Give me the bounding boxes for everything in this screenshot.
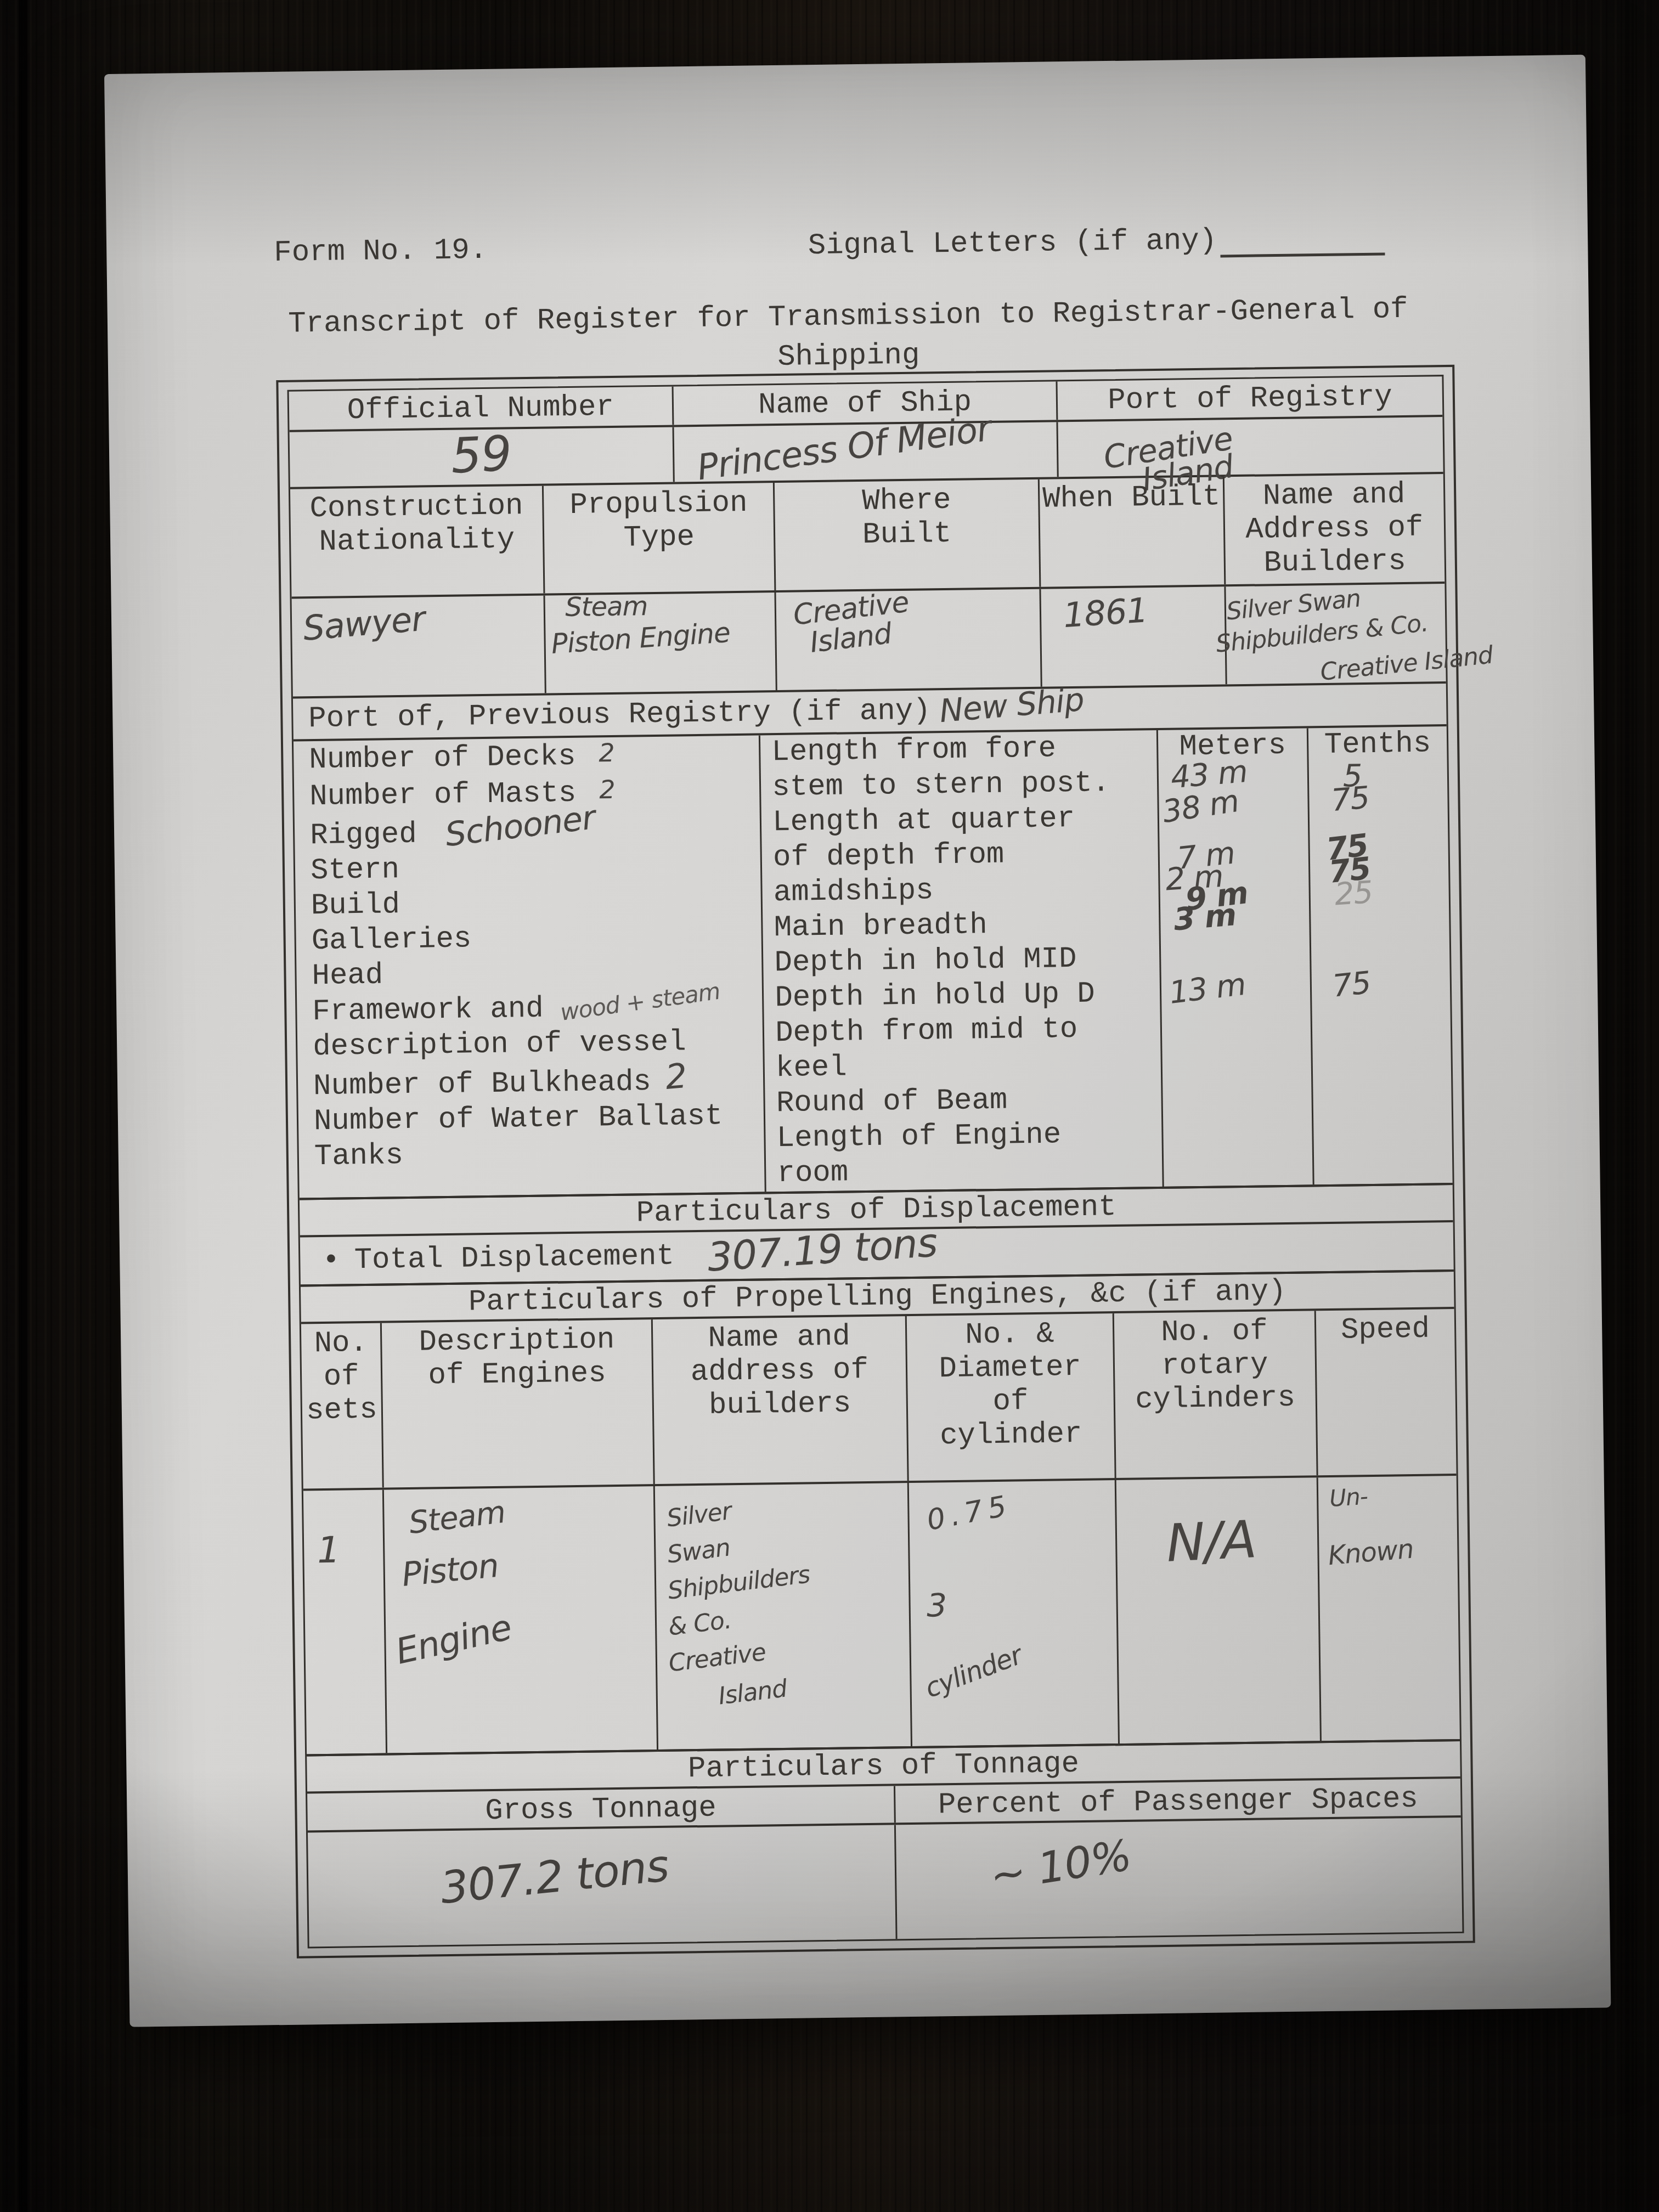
dim-label: Number of Bulkheads xyxy=(313,1065,651,1103)
dimensions-row: Number of Decks2 Number of Masts2 Rigged… xyxy=(294,726,1453,1200)
measure-line: Depth in hold Up D xyxy=(775,976,1160,1016)
measure-line: Length at quarter xyxy=(772,800,1158,840)
tenths-value: 75 xyxy=(1330,780,1370,819)
bulkheads-value: 2 xyxy=(664,1058,688,1095)
construction-nationality-cell: Sawyer xyxy=(292,596,547,697)
propulsion-type-header: Propulsion Type xyxy=(544,483,776,593)
engine-cylinder-cell: 0.75 3 cylinder xyxy=(909,1480,1120,1746)
rotary-cylinders-value: N/A xyxy=(1165,1510,1257,1574)
tonnage-value-row: 307.2 tons ~ 10% xyxy=(308,1818,1463,1946)
dim-label: Build xyxy=(311,888,400,923)
builders-cell: Silver Swan Shipbuilders & Co. Creative … xyxy=(1226,584,1446,684)
engine-sets-header: No. of sets xyxy=(301,1323,384,1489)
wood-plank-seam-left xyxy=(19,0,27,2212)
engine-speed-header: Speed xyxy=(1316,1309,1456,1475)
engines-header-row: No. of sets Description of Engines Name … xyxy=(301,1309,1457,1491)
speed-value-line2: Known xyxy=(1327,1530,1458,1571)
name-of-ship-header: Name of Ship xyxy=(673,381,1058,425)
tenths-value-faint: 25 xyxy=(1333,874,1373,912)
when-built-header: When Built xyxy=(1040,477,1226,586)
engine-speed-cell: Un- Known xyxy=(1318,1476,1459,1741)
gross-tonnage-cell: 307.2 tons xyxy=(308,1825,898,1946)
paper-document: Form No. 19. Signal Letters (if any) Tra… xyxy=(104,55,1611,2027)
measure-line: stem to stern post. xyxy=(772,765,1158,805)
register-table-frame: Official Number Name of Ship Port of Reg… xyxy=(276,365,1475,1959)
dim-label: Framework and xyxy=(312,992,544,1029)
wood-plank-seam-right xyxy=(1625,0,1634,2212)
name-of-ship-cell: Princess Of Meior xyxy=(674,422,1059,482)
signal-letters: Signal Letters (if any) xyxy=(808,222,1385,263)
engine-cylinder-header: No. & Diameter of cylinder xyxy=(906,1313,1116,1481)
when-built-value: 1861 xyxy=(1062,590,1149,635)
measure-line: of depth from xyxy=(773,836,1159,876)
engine-rotary-cell: N/A xyxy=(1116,1477,1322,1743)
photo-of-shipping-register-form: { "photo": { "paper_color": "#d3d2d0", "… xyxy=(0,0,1659,2212)
form-number: Form No. 19. xyxy=(274,234,488,270)
meters-value: 3 m xyxy=(1172,897,1238,938)
passenger-spaces-header: Percent of Passenger Spaces xyxy=(895,1779,1461,1822)
gross-tonnage-value: 307.2 tons xyxy=(438,1840,670,1914)
hull-particulars-cell: Number of Decks2 Number of Masts2 Rigged… xyxy=(294,735,766,1198)
signal-letters-label: Signal Letters (if any) xyxy=(808,224,1217,263)
engine-builders-header: Name and address of builders xyxy=(653,1316,909,1484)
where-built-cell: Creative Island xyxy=(776,589,1042,690)
engine-sets-value: 1 xyxy=(317,1529,340,1572)
tenths-column: Tenths 5 75 75 75 25 75 xyxy=(1308,726,1453,1184)
construction-nationality-value: Sawyer xyxy=(302,599,427,648)
meters-column: Meters 43 m 38 m 7 m 2 m 9 m 3 m 13 m xyxy=(1158,728,1314,1187)
when-built-cell: 1861 xyxy=(1041,586,1227,686)
engine-description-header: Description of Engines xyxy=(382,1319,655,1487)
propulsion-type-cell: Steam Piston Engine xyxy=(545,592,777,693)
signal-letters-blank-line xyxy=(1220,247,1385,257)
tenths-value: 75 xyxy=(1331,965,1372,1005)
where-built-header: Where Built xyxy=(775,479,1041,590)
measure-line: Length of Engine xyxy=(776,1116,1162,1156)
measure-line: keel xyxy=(776,1046,1161,1086)
measure-line: Round of Beam xyxy=(776,1081,1162,1121)
form-meta-row: Form No. 19. Signal Letters (if any) xyxy=(274,222,1385,270)
measure-line: amidships xyxy=(774,871,1159,911)
dim-label: Stern xyxy=(311,853,400,888)
measurement-labels-cell: Length from fore stem to stern post. Len… xyxy=(760,730,1164,1192)
measure-line: room xyxy=(777,1152,1163,1192)
measure-line: Depth in hold MID xyxy=(774,941,1160,981)
engines-value-row: 1 Steam Piston Engine Silver Swan Shipbu… xyxy=(303,1476,1460,1756)
passenger-spaces-value: ~ 10% xyxy=(987,1831,1135,1901)
construction-nationality-header: Construction Nationality xyxy=(290,486,545,597)
dim-label: Tanks xyxy=(314,1139,403,1173)
register-table: Official Number Name of Ship Port of Reg… xyxy=(287,375,1464,1948)
port-of-registry-cell: Creative Island xyxy=(1058,417,1443,477)
previous-registry-label: Port of, Previous Registry (if any) xyxy=(293,694,931,736)
dim-label: Galleries xyxy=(311,922,471,958)
construction-value-row: Sawyer Steam Piston Engine Creative Isla… xyxy=(292,584,1446,698)
construction-header-row: Construction Nationality Propulsion Type… xyxy=(290,474,1444,599)
passenger-spaces-cell: ~ 10% xyxy=(896,1818,1463,1939)
masts-value: 2 xyxy=(599,772,615,807)
engine-sets-cell: 1 xyxy=(303,1490,387,1754)
builders-value-line3: Creative Island xyxy=(1319,644,1447,689)
dim-label: Head xyxy=(312,958,383,993)
dim-label: Number of Decks xyxy=(309,740,576,777)
engine-builders-cell: Silver Swan Shipbuilders & Co. Creative … xyxy=(655,1483,912,1750)
dim-label: description of vessel xyxy=(313,1025,686,1064)
engine-description-cell: Steam Piston Engine xyxy=(384,1486,658,1753)
measure-line: Length from fore xyxy=(771,730,1157,770)
dim-label: Rigged xyxy=(310,818,417,853)
speed-value-line1: Un- xyxy=(1328,1477,1457,1512)
bullet-glyph: • xyxy=(322,1244,340,1277)
meters-value: 13 m xyxy=(1167,967,1248,1011)
tenths-header: Tenths xyxy=(1308,726,1447,763)
measure-line: Depth from mid to xyxy=(775,1011,1161,1051)
builders-header: Name and Address of Builders xyxy=(1224,474,1444,584)
measure-line: Main breadth xyxy=(774,906,1159,946)
engine-rotary-header: No. of rotary cylinders xyxy=(1114,1311,1318,1478)
official-number-cell: 59 xyxy=(290,427,675,487)
gross-tonnage-header: Gross Tonnage xyxy=(307,1786,896,1830)
total-displacement-label: Total Displacement xyxy=(354,1239,674,1277)
decks-value: 2 xyxy=(599,735,614,770)
dim-label: Number of Water Ballast xyxy=(314,1099,723,1138)
